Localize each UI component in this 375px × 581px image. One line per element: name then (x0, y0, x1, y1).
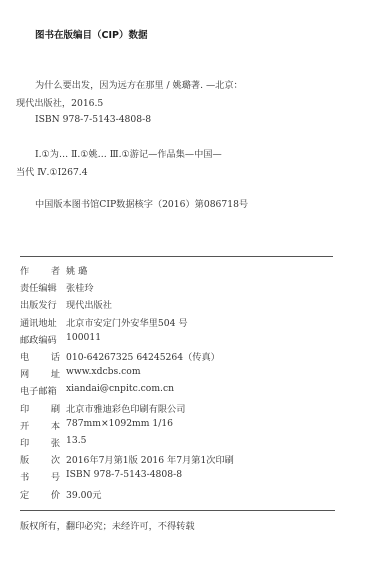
detail-label-part: 址 (51, 366, 60, 380)
detail-label: 网址 (20, 366, 60, 380)
cip-record-number: 中国版本图书馆CIP数据核字（2016）第086718号 (35, 196, 248, 210)
detail-label: 印张 (20, 435, 60, 449)
detail-label-part: 邮政编码 (20, 332, 57, 346)
detail-value: 北京市雅迪彩色印刷有限公司 (66, 401, 185, 415)
detail-value: www.xdcbs.com (66, 366, 141, 377)
detail-label-part: 者 (51, 263, 60, 277)
detail-label: 印刷 (20, 401, 60, 415)
detail-label-part: 印 (20, 401, 29, 415)
detail-value: 39.00元 (66, 487, 102, 501)
detail-value: 北京市安定门外安华里504 号 (66, 315, 188, 329)
detail-label: 作者 (20, 263, 60, 277)
copyright-notice: 版权所有，翻印必究；未经许可，不得转载 (20, 518, 195, 532)
detail-label-part: 号 (51, 469, 60, 483)
detail-label-part: 网 (20, 366, 29, 380)
detail-label: 开本 (20, 418, 60, 432)
detail-label-part: 通讯地址 (20, 315, 57, 329)
detail-value: 2016年7月第1版 2016 年7月第1次印刷 (66, 452, 234, 466)
detail-label: 出版发行 (20, 297, 60, 311)
detail-value: 787mm×1092mm 1/16 (66, 418, 173, 429)
detail-label-part: 作 (20, 263, 29, 277)
detail-label-part: 开 (20, 418, 29, 432)
detail-label-part: 书 (20, 469, 29, 483)
cip-title: 图书在版编目（CIP）数据 (35, 27, 147, 41)
detail-label-part: 版 (20, 452, 29, 466)
detail-label: 定价 (20, 487, 60, 501)
detail-value: 100011 (66, 332, 101, 343)
detail-value: 张桂玲 (66, 280, 94, 294)
cip-bibliographic-line-1: 为什么要出发，因为远方在那里 / 姚璐著. —北京： (35, 77, 243, 91)
cip-bibliographic-line-2: 现代出版社，2016.5 (16, 95, 103, 109)
detail-label-part: 电 (20, 349, 29, 363)
detail-label: 电子邮箱 (20, 383, 60, 397)
detail-label-part: 定 (20, 487, 29, 501)
detail-label-part: 价 (51, 487, 60, 501)
detail-label-part: 话 (51, 349, 60, 363)
cip-classification-line-1: Ⅰ.①为… Ⅱ.①姚… Ⅲ.①游记—作品集—中国— (35, 146, 222, 160)
detail-label: 责任编辑 (20, 280, 60, 294)
cip-classification-line-2: 当代 Ⅳ.①I267.4 (16, 164, 88, 178)
detail-label: 电话 (20, 349, 60, 363)
bottom-divider (20, 510, 335, 511)
detail-label-part: 刷 (51, 401, 60, 415)
detail-label-part: 张 (51, 435, 60, 449)
cip-isbn: ISBN 978-7-5143-4808-8 (35, 114, 151, 125)
detail-label-part: 印 (20, 435, 29, 449)
detail-value: 姚 璐 (66, 263, 87, 277)
detail-label-part: 本 (51, 418, 60, 432)
detail-value: 现代出版社 (66, 297, 112, 311)
detail-label: 书号 (20, 469, 60, 483)
detail-value: 010-64267325 64245264（传真） (66, 349, 220, 363)
detail-label-part: 责任编辑 (20, 280, 57, 294)
detail-value: xiandai@cnpitc.com.cn (66, 383, 174, 394)
top-divider (20, 256, 333, 257)
detail-label-part: 电子邮箱 (20, 383, 57, 397)
detail-value: 13.5 (66, 435, 86, 446)
detail-value: ISBN 978-7-5143-4808-8 (66, 469, 182, 480)
detail-label-part: 出版发行 (20, 297, 57, 311)
detail-label: 版次 (20, 452, 60, 466)
detail-label: 邮政编码 (20, 332, 60, 346)
detail-label-part: 次 (51, 452, 60, 466)
detail-label: 通讯地址 (20, 315, 60, 329)
